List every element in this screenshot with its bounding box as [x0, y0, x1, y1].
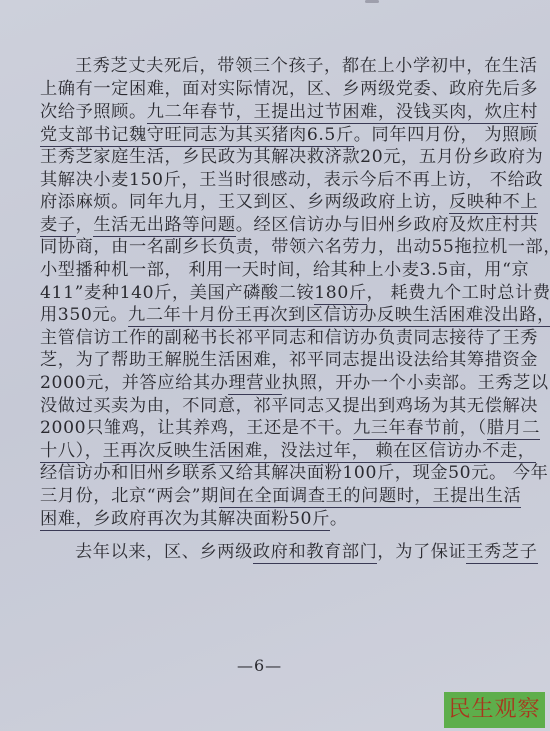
- text-line: 芝，为了帮助王解脱生活困难，祁平同志提出设法给其筹措资金: [40, 349, 502, 371]
- text-segment: ，（: [460, 418, 487, 438]
- text-segment: 次给予照顾。: [40, 102, 147, 122]
- text-line: 411”麦种140斤，美国产磷酸二铵180斤， 耗费九个工时总计费: [40, 282, 502, 304]
- text-line: 王秀芝家庭生活，乡民政为其解决救济款20元，五月份乡政府为: [40, 146, 502, 168]
- text-line: 2000只雏鸡，让其养鸡，王还是不干。九三年春节前，（腊月二: [40, 417, 502, 439]
- text-segment: 。同年四月份， 为照顾: [354, 125, 538, 145]
- text-segment: 2000只雏鸡，让其养鸡，王还是不干。: [40, 418, 353, 438]
- text-line: 党支部书记魏守旺同志为其买猪肉6.5斤。同年四月份， 为照顾: [40, 124, 502, 146]
- text-line: 主管信访工作的副秘书长祁平同志和信访办负责同志接待了王秀: [40, 327, 502, 349]
- text-line: 王秀芝丈夫死后，带领三个孩子，都在上小学初中，在生活: [75, 55, 502, 77]
- text-line: 其解决小麦150斤，王当时很感动，表示今后不再上访， 不给政: [40, 169, 502, 191]
- text-segment: 。经区信访办与旧州乡政府及炊庄村共: [236, 215, 538, 235]
- underlined-text: 困难，乡政府再次为其解决面粉50斤: [40, 509, 330, 531]
- text-line: 2000元，并答应给其办理营业执照，开办一个小卖部。王秀芝以: [40, 372, 502, 394]
- text-line: 同协商，由一名副乡长负责，带领六名劳力，出动55拖拉机一部，: [40, 236, 502, 258]
- text-segment: 其解决小麦150斤，王当时很感动，表示今后不再上访， 不给政: [40, 170, 543, 190]
- text-line: 去年以来，区、乡两级政府和教育部门，为了保证王秀芝子: [75, 541, 502, 563]
- underlined-text: 腊月二: [487, 418, 540, 440]
- text-segment: 411”麦种140斤，美国产磷酸二铵: [40, 283, 314, 303]
- underlined-text: 王再次反映生活困难，没法过年， 赖在区信访办不走，: [103, 441, 536, 463]
- text-segment: ，: [76, 215, 94, 235]
- scanned-document-page: 王秀芝丈夫死后，带领三个孩子，都在上小学初中，在生活上确有一定困难，面对实际情况…: [0, 0, 550, 731]
- text-line: 小型播种机一部， 利用一天时间，给其种上小麦3.5亩，用“京: [40, 259, 502, 281]
- text-segment: 主管信访工作的副秘书长祁平同志和信访办负责同志接待了王秀: [40, 328, 538, 348]
- underlined-text: 反映种不上: [449, 192, 538, 214]
- text-segment: 上确有一定困难，面对实际情况，区、乡两级党委、政府先后多: [40, 79, 538, 99]
- underlined-text: 间在全面调查王的问题时，王提出生活: [219, 486, 521, 508]
- underlined-text: 生活无出路等问题: [93, 215, 235, 237]
- text-segment: 用350元。: [40, 305, 128, 325]
- text-segment: 执照，开办一个小卖部。王秀芝以: [282, 373, 549, 393]
- underlined-text: 王秀芝子: [466, 542, 537, 564]
- underlined-text: 九三年春节前: [353, 418, 460, 440]
- text-segment: 王秀芝家庭生活，乡民政为其解决救济款20元，五月份乡政府为: [40, 147, 543, 167]
- underlined-text: 180斤: [314, 283, 366, 305]
- underlined-text: 麦子: [40, 215, 76, 237]
- text-segment: 经信访办和旧州乡联系又给其解决面粉100斤，现金50元。 今年: [40, 463, 548, 483]
- page-number: —6—: [237, 656, 282, 675]
- text-line: 经信访办和旧州乡联系又给其解决面粉100斤，现金50元。 今年: [40, 462, 502, 484]
- page-edge-mark: [365, 0, 379, 3]
- text-line: 麦子，生活无出路等问题。经区信访办与旧州乡政府及炊庄村共: [40, 214, 502, 236]
- underlined-text: 党支部书记魏守旺同志为其买猪肉6.5斤: [40, 125, 354, 147]
- underlined-text: 九二年十月份王再次到区信访办反映生活困难没出路，: [128, 305, 550, 327]
- text-segment: 没做过买卖为由，不同意，祁平同志又提出到鸡场为其无偿解决: [40, 396, 538, 416]
- text-segment: 同协商，由一名副乡长负责，带领六名劳力，出动55拖拉机一部，: [40, 237, 550, 257]
- text-segment: 。: [330, 509, 348, 529]
- text-line: 次给予照顾。九二年春节，王提出过节困难，没钱买肉，炊庄村: [40, 101, 502, 123]
- underlined-text: 政府和教育部门: [253, 542, 378, 564]
- text-segment: 三月份，北京“两会”期: [40, 486, 219, 506]
- text-line: 十八），王再次反映生活困难，没法过年， 赖在区信访办不走，: [40, 440, 502, 462]
- text-segment: ，为了保证: [377, 542, 466, 562]
- text-segment: ， 耗费九个工时总计费: [367, 283, 550, 303]
- text-line: 上确有一定困难，面对实际情况，区、乡两级党委、政府先后多: [40, 78, 502, 100]
- text-segment: 王秀芝丈夫死后，带领三个孩子，都在上小学初中，在生活: [75, 56, 537, 76]
- text-line: 府添麻烦。同年九月，王又到区、乡两级政府上访，反映种不上: [40, 191, 502, 213]
- text-line: 三月份，北京“两会”期间在全面调查王的问题时，王提出生活: [40, 485, 502, 507]
- underlined-text: 九二年春节，王提出过节困难，没钱买肉，炊庄村: [147, 102, 538, 124]
- text-line: 没做过买卖为由，不同意，祁平同志又提出到鸡场为其无偿解决: [40, 395, 502, 417]
- text-segment: 芝，为了帮助王解脱生活困难，祁平同志提出设法给其筹措资金: [40, 350, 538, 370]
- underlined-text: 理营业: [228, 373, 281, 395]
- underlined-text: 十八）: [40, 441, 85, 463]
- text-segment: 2000元，并答应给其办: [40, 373, 228, 393]
- watermark-badge: 民生观察: [444, 692, 545, 728]
- text-segment: ，: [85, 441, 103, 461]
- text-segment: 去年以来，区、乡两级: [75, 542, 253, 562]
- text-segment: 府添麻烦。同年九月，王又到区、乡两级政府上访，: [40, 192, 449, 212]
- text-line: 用350元。九二年十月份王再次到区信访办反映生活困难没出路，: [40, 304, 502, 326]
- text-line: 困难，乡政府再次为其解决面粉50斤。: [40, 508, 502, 530]
- text-segment: 小型播种机一部， 利用一天时间，给其种上小麦3.5亩，用“京: [40, 260, 529, 280]
